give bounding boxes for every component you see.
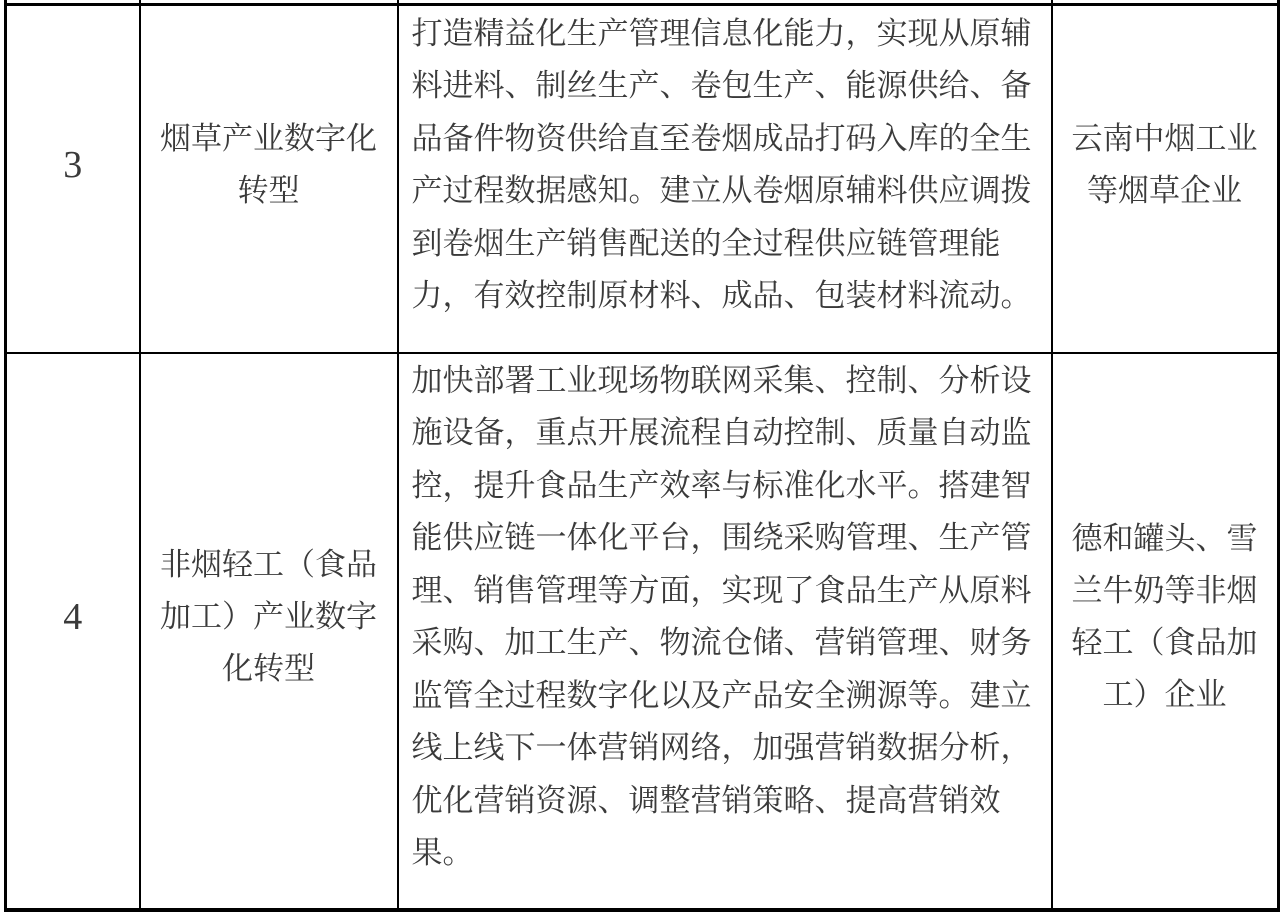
project-name-cell: 非烟轻工（食品 加工）产业数字 化转型 <box>140 353 398 910</box>
project-description-cell: 打造精益化生产管理信息化能力，实现从原辅 料进料、制丝生产、卷包生产、能源供给、… <box>398 5 1052 354</box>
project-description-cell: 加快部署工业现场物联网采集、控制、分析设 施设备，重点开展流程自动控制、质量自动… <box>398 353 1052 910</box>
companies-cell: 德和罐头、雪 兰牛奶等非烟 轻工（食品加 工）企业 <box>1052 353 1279 910</box>
project-name-cell: 烟草产业数字化 转型 <box>140 5 398 354</box>
table-row: 4 非烟轻工（食品 加工）产业数字 化转型 加快部署工业现场物联网采集、控制、分… <box>6 353 1279 910</box>
row-number-cell: 3 <box>6 5 140 354</box>
companies-cell: 云南中烟工业 等烟草企业 <box>1052 5 1279 354</box>
row-number-cell: 4 <box>6 353 140 910</box>
project-table: 3 烟草产业数字化 转型 打造精益化生产管理信息化能力，实现从原辅 料进料、制丝… <box>4 0 1280 912</box>
table-row: 3 烟草产业数字化 转型 打造精益化生产管理信息化能力，实现从原辅 料进料、制丝… <box>6 5 1279 354</box>
